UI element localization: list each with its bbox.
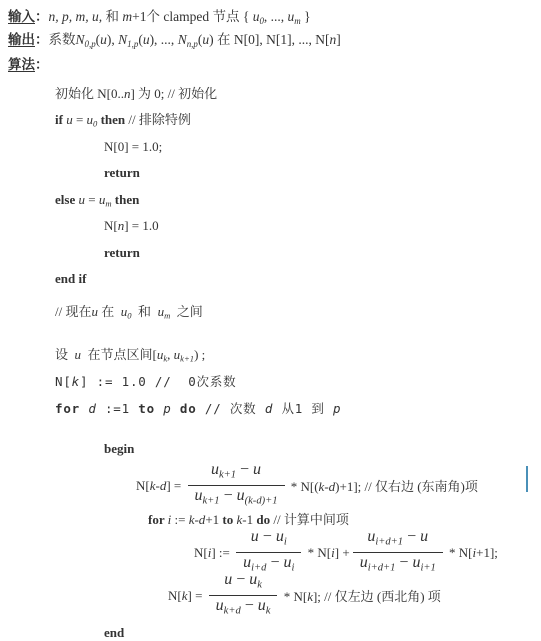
init-line: 初始化 N[0..n] 为 0; // 初始化 [55,85,217,102]
formula1-fraction: uk+1 − u uk+1 − u(k-d)+1 [188,461,285,511]
begin-line: begin [104,440,134,457]
formula1-lhs: N[k-d] = [136,478,185,494]
algorithm-label: 算法： [8,56,49,73]
for-i-line: for i := k-d+1 to k-1 do // 计算中间项 [148,511,349,528]
algorithm-document: 输入：n, p, m, u, 和 m+1个 clamped 节点 { u0, .… [0,0,541,641]
formula-left-term: N[k] = u − uk uk+d − uk * N[k]; // 仅左边 (… [168,571,441,621]
formula2-mid: * N[i] + [304,545,349,561]
for-d-line: for d :=1 to p do // 次数 d 从1 到 p [55,400,341,417]
text-cursor-caret [526,466,528,492]
n0-assign-line: N[0] = 1.0; [104,138,162,155]
return-line-2: return [104,244,140,261]
formula3-numerator: u − uk [217,571,269,595]
formula-right-term: N[k-d] = uk+1 − u uk+1 − u(k-d)+1 * N[(k… [136,461,478,511]
formula1-denominator: uk+1 − u(k-d)+1 [188,485,285,510]
between-comment-line: // 现在u 在 u0 和 um 之间 [55,303,203,325]
formula3-lhs: N[k] = [168,588,206,604]
formula3-tail: * N[k]; // 仅左边 (西北角) 项 [280,586,440,605]
formula1-tail: * N[(k-d)+1]; // 仅右边 (东南角)项 [288,476,478,495]
formula3-denominator: uk+d − uk [209,595,278,620]
formula2-numerator-2: ui+d+1 − u [360,528,435,552]
if-line: if u = u0 then // 排除特例 [55,111,191,133]
knot-span-line: 设 u 在节点区间[uk, uk+1) ; [55,346,205,368]
formula2-tail: * N[i+1]; [446,545,498,561]
output-label-line: 输出：系数N0,p(u), N1,p(u), ..., Nn,p(u) 在 N[… [8,31,341,53]
end-line: end [104,624,124,641]
formula2-lhs: N[i] := [194,545,233,561]
else-line: else u = um then [55,191,139,213]
return-line-1: return [104,164,140,181]
formula2-numerator-1: u − ui [244,528,294,552]
nk-init-line: N[k] := 1.0 // 0次系数 [55,373,236,390]
end-if-line: end if [55,270,86,287]
formula3-fraction: u − uk uk+d − uk [209,571,278,621]
formula1-numerator: uk+1 − u [204,461,268,485]
input-label-line: 输入：n, p, m, u, 和 m+1个 clamped 节点 { u0, .… [8,8,311,30]
nn-assign-line: N[n] = 1.0 [104,217,159,234]
